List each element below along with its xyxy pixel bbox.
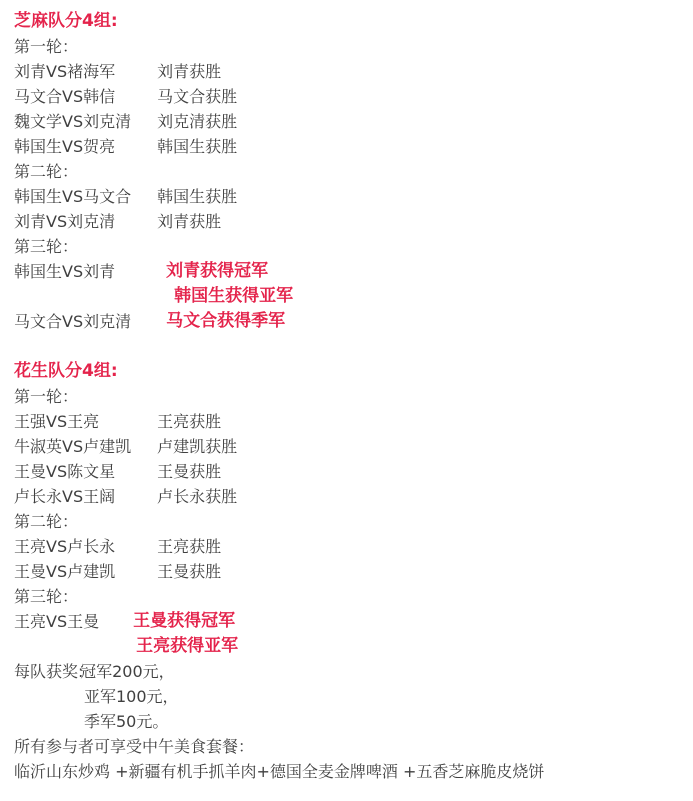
match-pairing: 魏文学VS刘克清 — [14, 109, 152, 134]
runner-up-result: 王亮获得亚军 — [136, 634, 238, 659]
match-pairing: 王强VS王亮 — [14, 409, 152, 434]
match-result: 刘青获胜 — [157, 59, 221, 84]
tournament-results-document: 芝麻队分4组: 第一轮： 刘青VS褚海军 刘青获胜 马文合VS韩信 马文合获胜 … — [0, 0, 693, 801]
final-match-row: 王亮获得亚军 — [14, 634, 683, 659]
sesame-round1-label: 第一轮： — [14, 34, 683, 59]
meal-intro-line: 所有参与者可享受中午美食套餐： — [14, 734, 683, 759]
match-row: 韩国生VS贺亮 韩国生获胜 — [14, 134, 683, 159]
peanut-section-title: 花生队分4组: — [14, 359, 683, 384]
match-result: 王亮获胜 — [157, 534, 221, 559]
match-result: 王曼获胜 — [157, 559, 221, 584]
match-result: 刘青获胜 — [157, 209, 221, 234]
sesame-round2-label: 第二轮： — [14, 159, 683, 184]
match-pairing: 马文合VS刘克清 — [14, 309, 161, 334]
match-pairing: 韩国生VS贺亮 — [14, 134, 152, 159]
prize-row: 亚军100元， — [14, 684, 683, 709]
match-row: 韩国生VS马文合 韩国生获胜 — [14, 184, 683, 209]
match-result: 马文合获胜 — [157, 84, 237, 109]
sesame-section-title: 芝麻队分4组: — [14, 9, 683, 34]
champion-result: 刘青获得冠军 — [166, 259, 268, 284]
match-pairing: 卢长永VS王阔 — [14, 484, 152, 509]
final-match-row: 王亮VS王曼 王曼获得冠军 — [14, 609, 683, 634]
match-row: 刘青VS刘克清 刘青获胜 — [14, 209, 683, 234]
match-result: 韩国生获胜 — [157, 134, 237, 159]
match-result: 刘克清获胜 — [157, 109, 237, 134]
peanut-round3-label: 第三轮： — [14, 584, 683, 609]
match-row: 王曼VS卢建凯 王曼获胜 — [14, 559, 683, 584]
match-row: 王曼VS陈文星 王曼获胜 — [14, 459, 683, 484]
match-result: 韩国生获胜 — [157, 184, 237, 209]
final-match-row: 马文合VS刘克清 马文合获得季军 — [14, 309, 683, 334]
match-pairing: 马文合VS韩信 — [14, 84, 152, 109]
match-pairing: 王亮VS卢长永 — [14, 534, 152, 559]
match-pairing: 牛淑英VS卢建凯 — [14, 434, 152, 459]
match-row: 王亮VS卢长永 王亮获胜 — [14, 534, 683, 559]
spacer-row — [14, 334, 683, 359]
prize-second: 亚军100元， — [84, 684, 179, 709]
match-pairing: 王亮VS王曼 — [14, 609, 128, 634]
match-pairing: 韩国生VS刘青 — [14, 259, 161, 284]
match-pairing: 王曼VS卢建凯 — [14, 559, 152, 584]
third-place-result: 马文合获得季军 — [166, 309, 285, 334]
match-pairing: 刘青VS刘克清 — [14, 209, 152, 234]
match-row: 牛淑英VS卢建凯 卢建凯获胜 — [14, 434, 683, 459]
final-match-row: 韩国生VS刘青 刘青获得冠军 — [14, 259, 683, 284]
peanut-round1-label: 第一轮： — [14, 384, 683, 409]
match-pairing: 刘青VS褚海军 — [14, 59, 152, 84]
prize-label: 每队获奖: — [14, 659, 75, 684]
match-result: 王曼获胜 — [157, 459, 221, 484]
match-pairing: 韩国生VS马文合 — [14, 184, 152, 209]
match-result: 卢长永获胜 — [157, 484, 237, 509]
match-row: 马文合VS韩信 马文合获胜 — [14, 84, 683, 109]
match-result: 卢建凯获胜 — [157, 434, 237, 459]
match-row: 王强VS王亮 王亮获胜 — [14, 409, 683, 434]
runner-up-result: 韩国生获得亚军 — [174, 284, 293, 309]
final-match-row: 韩国生获得亚军 — [14, 284, 683, 309]
prize-third: 季军50元。 — [84, 709, 168, 734]
prize-row: 季军50元。 — [14, 709, 683, 734]
match-result: 王亮获胜 — [157, 409, 221, 434]
peanut-round2-label: 第二轮： — [14, 509, 683, 534]
prize-first: 冠军200元， — [80, 659, 175, 684]
match-row: 卢长永VS王阔 卢长永获胜 — [14, 484, 683, 509]
champion-result: 王曼获得冠军 — [133, 609, 235, 634]
sesame-round3-label: 第三轮： — [14, 234, 683, 259]
match-pairing: 王曼VS陈文星 — [14, 459, 152, 484]
match-row: 刘青VS褚海军 刘青获胜 — [14, 59, 683, 84]
meal-menu-line: 临沂山东炒鸡 +新疆有机手抓羊肉+德国全麦金牌啤酒 +五香芝麻脆皮烧饼 — [14, 759, 683, 784]
prize-row: 每队获奖: 冠军200元， — [14, 659, 683, 684]
match-row: 魏文学VS刘克清 刘克清获胜 — [14, 109, 683, 134]
